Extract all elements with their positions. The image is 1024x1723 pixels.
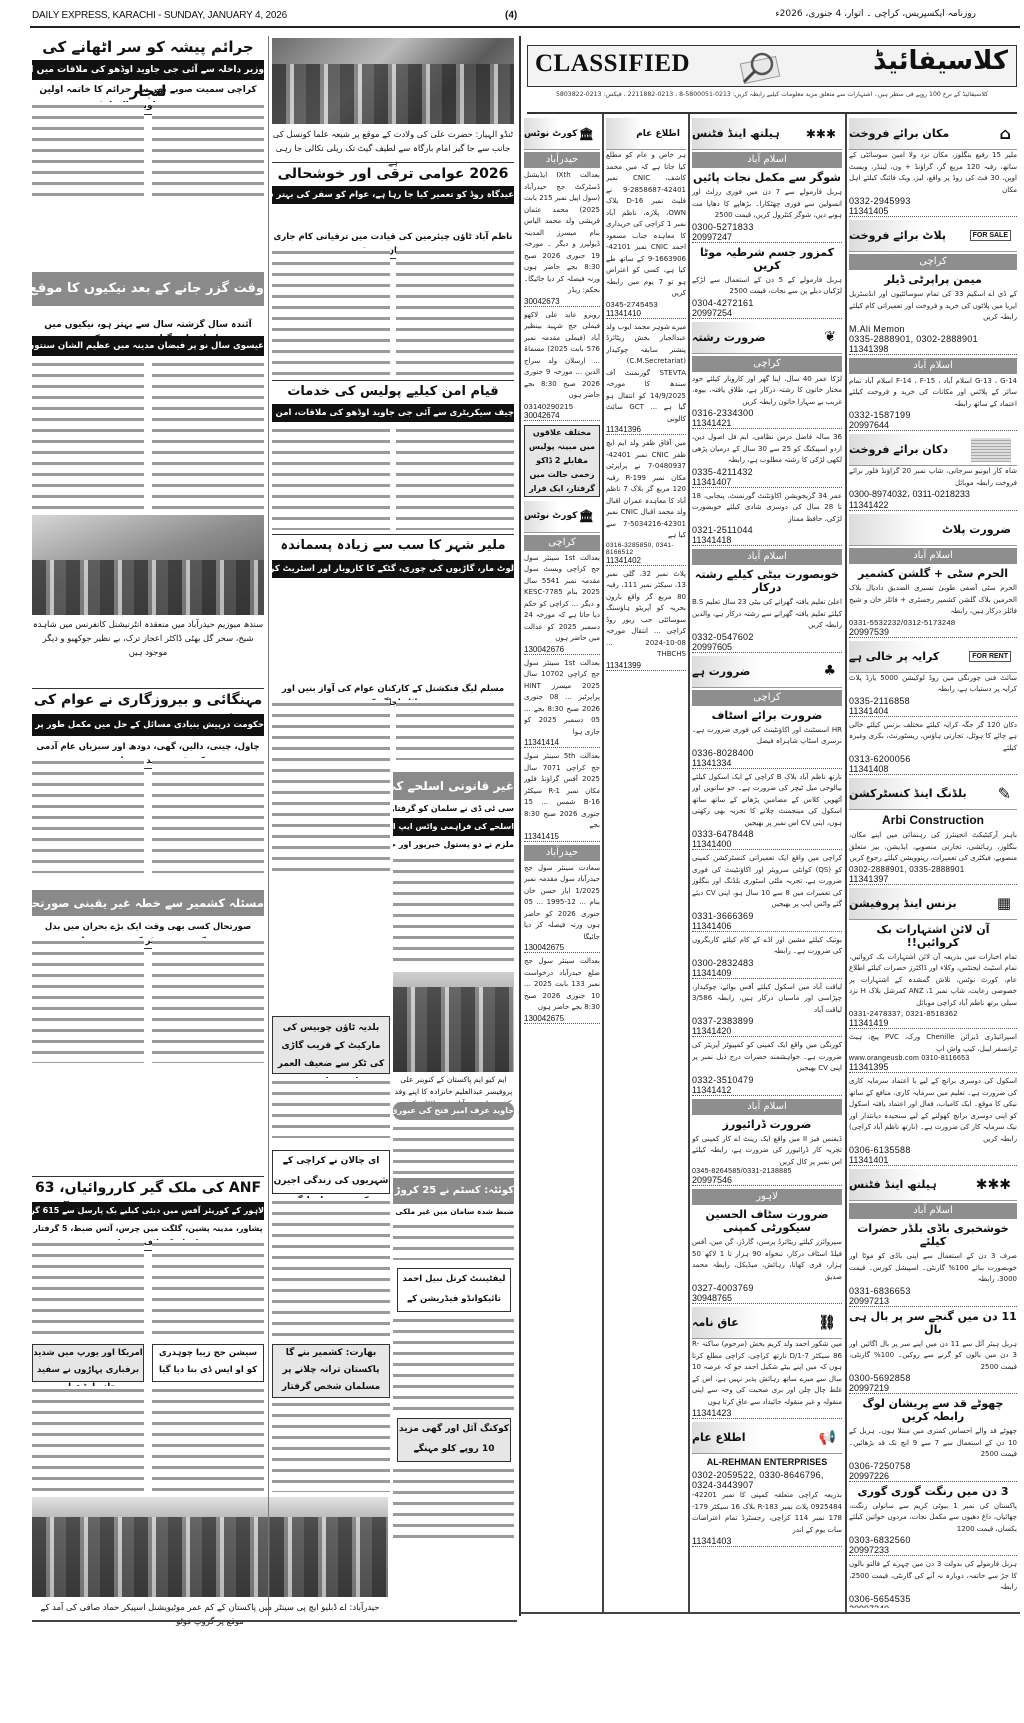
ad-code: 11341415	[524, 832, 600, 842]
ad-phone: 0345-8264585/0331-2138885	[692, 1168, 842, 1175]
section-public-notice: اطلاع عام	[606, 118, 686, 150]
masthead-right: روزنامہ ایکسپریس، کراچی ۔ اتوار، 4 جنوری…	[775, 9, 976, 19]
city-band: اسلام آباد	[849, 358, 1017, 374]
ad-phone: 0335-4211432	[692, 467, 842, 477]
ad-body: لڑکا عمر 40 سال، اپنا گھر اور کاروبار کی…	[692, 374, 842, 409]
story3-body-col2	[32, 360, 144, 510]
classified-title-ur: کلاسیفائیڈ	[873, 46, 1008, 76]
photo-rally	[272, 38, 514, 124]
court-building-icon: 🏛	[579, 509, 594, 523]
ad-code: 20997539	[849, 627, 1017, 638]
ad-phone: www.orangeusb.com 0310-8116653	[849, 1055, 1017, 1062]
ad-body: کے ڈی اے اسکیم 33 کی تمام سوسائٹیوں اور …	[849, 289, 1017, 324]
ad-code: 20997233	[849, 1545, 1017, 1556]
ad-body: ہربل ہیئر آئل سے 11 دن میں اپنے سر پر با…	[849, 1339, 1017, 1374]
ad-phone: 0331-2478337, 0321-8518362	[849, 1009, 1017, 1018]
ad-phone: 0331-5532232/0312-5173248	[849, 618, 1017, 627]
ad-body: HR اسسٹنٹ اور اکاؤنٹینٹ کی فوری ضرورت ہے…	[692, 725, 842, 748]
story2-body-col1	[396, 248, 514, 378]
court-building-icon: 🏛	[579, 127, 594, 141]
ad-title: ضرورت سٹاف الحسین سیکورٹی کمپنی	[692, 1208, 842, 1234]
ad-code: 11341395	[849, 1062, 1017, 1073]
city-band: اسلام آباد	[692, 152, 842, 168]
fitness-people-icon: ✱✱✱	[976, 1177, 1011, 1193]
fitness-people-icon: ✱✱✱	[806, 127, 836, 141]
ad-body: 36 سالہ فاضل درس نظامی، ایم فل اصول دین،…	[692, 432, 842, 467]
story4-body-col2	[272, 426, 390, 530]
ad-code: 11341404	[849, 706, 1017, 717]
subhead-customs: ضبط شدہ سامان میں غیر ملکی چھالیہ، کپڑا،…	[393, 1206, 514, 1218]
city-band: اسلام آباد	[849, 548, 1017, 564]
city-band: اسلام آباد	[849, 1203, 1017, 1219]
ad-phone: 0345-2745453	[606, 300, 686, 309]
ad-body: سعادت سینئر سول جج حیدرآباد سول مقدمہ نم…	[524, 863, 600, 944]
ad-code: 11341405	[849, 206, 1017, 217]
megaphone-icon: 📢	[819, 1430, 836, 1446]
ad-body: میرے شوہر محمد ایوب ولد عبدالجبار بخش ری…	[606, 322, 686, 426]
box2-body	[272, 1198, 390, 1338]
ad-phone: 0300-2832483	[692, 958, 842, 968]
ad-code: 20997226	[849, 1471, 1017, 1482]
ad-phone: 0302-2888901, 0335-2888901	[849, 865, 1017, 874]
ad-code: 130042675	[524, 1014, 600, 1024]
masthead-left: DAILY EXPRESS, KARACHI - SUNDAY, JANUARY…	[32, 10, 287, 21]
ad-code: 11341400	[692, 839, 842, 850]
ad-body: سپروائزر کیلئے ریٹائرڈ پرسن، گارڈز، گن م…	[692, 1237, 842, 1283]
ad-code: 30042674	[524, 411, 600, 421]
city-band: کراچی	[692, 690, 842, 706]
ad-code: 11341420	[692, 1026, 842, 1037]
story5-body-col2	[272, 700, 390, 875]
ad-body: ہربل فارمولے کے 5 دن کے استعمال سے لڑکے …	[692, 275, 842, 298]
ad-code: 11341409	[692, 968, 842, 979]
ad-code: 11341410	[606, 309, 686, 319]
section-court-notice: 🏛کورٹ نوٹس	[524, 118, 600, 150]
section-plot-sale: FOR SALEپلاٹ برائے فروخت	[849, 220, 1017, 252]
ad-phone: 0335-2888901, 0302-2888901	[849, 334, 1017, 344]
bail-body	[393, 1124, 514, 1174]
ad-body: اسکول کی دوسری برانچ کے لیے با اعتماد سر…	[849, 1076, 1017, 1145]
ad-code: 20997240	[849, 1604, 1017, 1609]
ad-phone: 03140290215	[524, 402, 600, 411]
ad-phone: 0327-4003769	[692, 1283, 842, 1293]
ad-code: 20997254	[692, 308, 842, 319]
ad-title: خوبصورت بیٹی کیلیے رشتہ درکار	[692, 568, 842, 594]
story1-body-col2	[32, 102, 144, 197]
couple-icon: ❦	[824, 329, 836, 345]
box6-body	[393, 1316, 514, 1416]
story7-body	[393, 856, 514, 966]
ad-phone: 0332-2945993	[849, 196, 1017, 206]
ad-code: 20997219	[849, 1383, 1017, 1394]
subhead-story7-b: اسلحے کی فراہمی واٹس ایپ اور فیس بک پر م…	[393, 818, 514, 836]
ad-code: 11341399	[606, 661, 686, 671]
photo-delegation	[393, 972, 514, 1072]
box-cooking-oil: کوکنگ آئل اور گھی مزید 10 روپے کلو مہنگے	[397, 1418, 511, 1462]
ad-phone: 0303-6832560	[849, 1535, 1017, 1545]
ad-body: الحرم سٹی آصفی طوبیٰ نسبری الصدیق دادیال…	[849, 583, 1017, 618]
box-police-encounter: مختلف علاقوں میں مبینہ پولیس مقابلے 2 ڈا…	[524, 425, 600, 497]
ad-body: صرف 3 دن کے استعمال سے اپنی باڈی کو موٹا…	[849, 1251, 1017, 1286]
ad-body: بعدالت 1st سینئر سول جج کراچی 10702 سال …	[524, 658, 600, 739]
ad-phone: 0300-5271833	[692, 222, 842, 232]
ad-phone: 0302-2059522, 0330-8646796, 0324-3443907	[692, 1470, 842, 1490]
ad-code: 11341418	[692, 535, 842, 546]
ad-body: سائٹ فنی چورنگی مین روڈ لوکیشن 5000 یارڈ…	[849, 673, 1017, 696]
ad-body: روبرو عابد علی لاکھو فیملی جج شہید بینظی…	[524, 310, 600, 402]
city-band: اسلام آباد	[692, 1099, 842, 1115]
ad-code: 20997546	[692, 1175, 842, 1186]
box-session-judge: سیشن جج زیبا چوہدری کو او ایس ڈی بنا دیا…	[152, 1344, 264, 1382]
subhead-story2-a: عیدگاہ روڈ کو تعمیر کیا جا رہا ہے، عوام …	[272, 186, 514, 204]
ad-code: 20997605	[692, 642, 842, 653]
ad-code: 130042676	[524, 645, 600, 655]
ad-code: 11341401	[849, 1155, 1017, 1166]
ad-code: 11341422	[849, 500, 1017, 511]
ad-title: خوشخبری باڈی بلڈر حضرات کیلئے	[849, 1222, 1017, 1248]
ad-title: 3 دن میں رنگت گوری گوری	[849, 1485, 1017, 1498]
ad-phone: 0316-2334300	[692, 408, 842, 418]
city-band: لاہور	[692, 1189, 842, 1205]
box-baldia-accident: بلدیہ ٹاؤن چوبیس کی مارکیٹ کے قریب گاڑی …	[272, 1016, 390, 1074]
ad-phone: 0333-6478448	[692, 829, 842, 839]
ad-code: 20997213	[849, 1296, 1017, 1307]
ad-body: بعدالت 5th سینئر سول جج کراچی 7071 سال 2…	[524, 751, 600, 832]
tree-icon: ♣	[823, 663, 836, 679]
calculator-icon: ▦	[997, 894, 1011, 912]
story1-body-col1	[152, 102, 264, 197]
for-rent-sign-icon: FOR RENT	[969, 651, 1011, 662]
shutter-icon	[971, 438, 1011, 462]
box1-body	[272, 1078, 390, 1138]
ad-title: ضرورت ڈرائیورز	[692, 1118, 842, 1131]
ad-phone: 0306-6135588	[849, 1145, 1017, 1155]
story3-body-col1	[152, 360, 264, 510]
box4-body	[152, 1386, 264, 1492]
ad-body: ہربل فارمولے کی بدولت 3 دن میں چہرے کے ف…	[849, 1559, 1017, 1594]
ad-code: 11341407	[692, 477, 842, 488]
blueprint-icon: ✎	[998, 784, 1011, 803]
ad-phone: 0316-3285850, 0341-8166512	[606, 542, 686, 556]
story9-body-col1	[152, 1240, 264, 1336]
city-band: اسلام آباد	[692, 549, 842, 565]
subhead-story6-a: حکومت درپیش بنیادی مسائل کے حل میں مکمل …	[32, 714, 264, 736]
band-bail-rejected: جاوید عرف امیر فتح کی عبوری ضمانت خارج	[393, 1102, 514, 1120]
ad-phone: 0332-1587199	[849, 410, 1017, 420]
ad-code: 130042675	[524, 943, 600, 953]
subhead-story4-a: چیف سیکریٹری سے آئی جی جاوید اوڈھو کی مل…	[272, 404, 514, 422]
ad-body: بعدالت 1st سینئر سول جج کراچی ویسٹ سول م…	[524, 553, 600, 645]
ad-body: میں آفاق ظفر ولد ایم ایچ ظفر CNIC نمبر 4…	[606, 438, 686, 542]
city-band: حیدرآباد	[524, 845, 600, 861]
ad-body: نارتھ ناظم آباد بلاک B کراچی کے ایک اسکو…	[692, 772, 842, 830]
ad-code: 11341402	[606, 556, 686, 566]
box7-body	[393, 1466, 514, 1546]
band-customs-seizure: کوئٹہ: کسٹم نے 25 کروڑ کا اسمگل شدہ ساما…	[393, 1178, 514, 1204]
ad-code: 30948765	[692, 1293, 842, 1304]
classified-column-middle: ✱✱✱ہیلتھ اینڈ فٹنس اسلام آباد شوگر سے مک…	[692, 118, 842, 1608]
ad-body: ڈیفنس فیز II میں واقع ایک رینٹ اے کار کم…	[692, 1134, 842, 1169]
ad-title: آن لائن اشتہارات بک کروائیں!!	[849, 923, 1017, 949]
ad-body: ملیر 15 رفیع بنگلوز، مکان نزد ولا امین س…	[849, 150, 1017, 196]
city-band: کراچی	[524, 535, 600, 551]
city-band: کراچی	[692, 356, 842, 372]
ad-body: چھوٹے قد والے احساس کمتری میں مبتلا ہوں۔…	[849, 1426, 1017, 1461]
ad-phone: 0336-8028400	[692, 748, 842, 758]
city-band: حیدرآباد	[524, 152, 600, 168]
ad-body: بذریعہ کراچی متعلقہ کمپنی کا نمبر 42201-…	[692, 1490, 842, 1536]
ad-code: 11341396	[606, 425, 686, 435]
ad-body: بوتیک کیلئے مشین اور اڈے کے کام کیلئے کا…	[692, 935, 842, 958]
ad-body: اعلیٰ تعلیم یافتہ گھرانے کی بیٹی 23 سال …	[692, 597, 842, 632]
ad-contact: M.Ali Memon	[849, 324, 1017, 334]
subhead-story3-b: عیسوی سال نو پر فیضان مدینہ میں عظیم الش…	[32, 336, 264, 356]
section-court-notice-karachi: 🏛کورٹ نوٹس	[524, 501, 600, 533]
magnifier-icon	[738, 50, 786, 84]
chain-icon: ⛓	[818, 1315, 836, 1331]
ad-phone: 0332-0547602	[692, 632, 842, 642]
photo-conference	[32, 515, 264, 615]
subhead-story9-a: لاہور کے کوریئر آفس میں دبئی کیلیے بک پا…	[32, 1202, 264, 1220]
section-business-profession: ▦بزنس اینڈ پروفیشن	[849, 888, 1017, 920]
section-plot-wanted: ضرورت پلاٹ	[849, 514, 1017, 546]
ad-code: 11341406	[692, 921, 842, 932]
ad-code: 11341398	[849, 344, 1017, 355]
subhead-story7-c: ملزم نے دو پستول خیرپور اور حیدرآباد میں…	[393, 838, 514, 851]
ad-phone: 0306-7250758	[849, 1461, 1017, 1471]
ad-phone: 0300-8974032، 0311-0218233	[849, 489, 1017, 500]
ad-title-en: Arbi Construction	[849, 813, 1017, 827]
ad-body: G-13 ، G-14 اسلام آباد ، F-14 ، F-15 اسل…	[849, 376, 1017, 411]
box-taekwondo: لیفٹیننٹ کرنل نبیل احمد تائیکوانڈو فیڈری…	[397, 1268, 511, 1312]
classified-column-left: 🏛کورٹ نوٹس حیدرآباد بعدالت IXth ایڈیشنل …	[524, 118, 600, 1608]
headline-story8: مسئلہ کشمیر سے خطہ غیر یقینی صورتحال سے …	[32, 890, 264, 916]
ad-phone: 0300-5692858	[849, 1373, 1017, 1383]
ad-body: کراچی میں واقع ایک تعمیراتی کنسٹرکشن کمپ…	[692, 853, 842, 911]
subhead-story7-a: سی ٹی ڈی نے سلمان کو گرفتار کر کے اسلحہ …	[393, 802, 514, 815]
customs-body	[393, 1222, 514, 1260]
ad-phone: 0321-2511044	[692, 525, 842, 535]
story9-body-col2	[32, 1240, 144, 1336]
caption-photo-conference: سندھ میوزیم حیدرآباد میں منعقدہ انٹرنیشن…	[32, 617, 264, 659]
ad-code: 11341408	[849, 764, 1017, 775]
ad-code: 20997644	[849, 420, 1017, 431]
classified-column-right: ⌂مکان برائے فروخت ملیر 15 رفیع بنگلوز، م…	[849, 118, 1017, 1608]
ad-body: دکان 120 گز جگہ کرایہ کیلئے مختلف بزنس ک…	[849, 720, 1017, 755]
ad-title: چھوٹے قد سے پریشان لوگ رابطہ کریں	[849, 1397, 1017, 1423]
ad-code: 11341419	[849, 1018, 1017, 1029]
ad-body: تمام اخبارات میں بذریعہ آن لائن اشتہارات…	[849, 952, 1017, 1010]
ad-body: پاکستان کی نمبر 1 بیوٹی کریم سے سانولی ر…	[849, 1501, 1017, 1536]
story6-body-col2	[32, 758, 144, 873]
subhead-story1-a: وزیر داخلہ سے آئی جی جاوید اوڈھو کی ملاق…	[32, 60, 264, 80]
ad-body: اسپرائیڈری ڈیزائن Chenille ورک، PVC پیچ،…	[849, 1032, 1017, 1055]
section-building-construction: ✎بلڈنگ اینڈ کنسٹرکشن	[849, 778, 1017, 810]
box-snowfall: امریکا اور یورپ میں شدید برفباری پہاڑوں …	[32, 1344, 144, 1382]
ad-code: 20997247	[692, 232, 842, 243]
ad-body: ہر خاص و عام کو مطلع کیا جاتا ہے کہ میں …	[606, 150, 686, 300]
ad-code: 11341397	[849, 874, 1017, 885]
headline-story3: وقت گزر جانے کے بعد نیکیوں کا موقع نہیں …	[32, 272, 264, 306]
ad-body: پلاٹ نمبر 32، گلی نمبر 13، سیکٹر نمبر 11…	[606, 569, 686, 661]
ad-code: 11341421	[692, 418, 842, 429]
ad-code: 11341412	[692, 1085, 842, 1096]
section-disinheritance: ⛓عاق نامہ	[692, 1307, 842, 1339]
story2-body-col2	[272, 248, 390, 378]
ad-body: کورنگی میں واقع ایک کمپنی کو کمپیوٹر آپر…	[692, 1040, 842, 1075]
ad-body: شاہ کار ایونیو سرجانی، شاپ نمبر 20 گراؤن…	[849, 466, 1017, 489]
ad-title: الحرم سٹی + گلشن کشمیر	[849, 567, 1017, 580]
caption-photo-group: حیدرآباد: اے ڈبلیو ایچ پی سینٹر میں پاکس…	[32, 1600, 388, 1628]
box-kashmir-anthem: بھارت: کشمیر بنے گا پاکستان ترانہ چلانے …	[272, 1344, 390, 1398]
ad-phone: 0313-6200056	[849, 754, 1017, 764]
ad-code: 11341403	[692, 1536, 842, 1547]
section-health-fitness: ✱✱✱ہیلتھ اینڈ فٹنس	[849, 1169, 1017, 1201]
ad-phone: 0331-6836653	[849, 1286, 1017, 1296]
ad-code: 11341423	[692, 1408, 842, 1419]
classified-column-inner: اطلاع عام ہر خاص و عام کو مطلع کیا جاتا …	[606, 118, 686, 1608]
ad-phone: 0306-5654535	[849, 1594, 1017, 1604]
ad-body: باہنر آرکیٹیکٹ انجینئرز کی رہنمائی میں ا…	[849, 830, 1017, 865]
ad-code: 11341414	[524, 738, 600, 748]
ad-title-en: AL-REHMAN ENTERPRISES	[692, 1457, 842, 1467]
ad-code: 11341334	[692, 758, 842, 769]
ad-phone: 0335-2116858	[849, 696, 1017, 706]
photo-group-wheelchairs	[32, 1497, 388, 1597]
story4-body-col1	[396, 426, 514, 530]
ad-phone: 0332-3510479	[692, 1075, 842, 1085]
box3-body	[32, 1386, 144, 1492]
ad-phone: 0331-3666369	[692, 911, 842, 921]
ad-title: ضرورت برائے اسٹاف	[692, 709, 842, 722]
ad-body: میں شکور احمد ولد کریم بخش (مرحوم) ساکنہ…	[692, 1339, 842, 1408]
story5-body-col1	[396, 700, 514, 760]
house-icon: ⌂	[1000, 124, 1011, 143]
story8-body-col1	[152, 938, 264, 1063]
ad-title: 11 دن میں گنجے سر پر بال ہی بال	[849, 1310, 1017, 1336]
headline-story7: غیر قانونی اسلحے کی سپلائی میں ملوث ملزم…	[393, 772, 514, 800]
ad-body: بعدالت IXth ایڈیشنل ڈسٹرکٹ جج حیدرآباد (…	[524, 170, 600, 297]
subhead-story5-a: لوٹ مار، گاڑیوں کی چوری، گٹکے کا کاروبار…	[272, 560, 514, 578]
section-for-rent: FOR RENTکرایہ پر خالی ہے	[849, 641, 1017, 673]
story6-body-col1	[152, 758, 264, 873]
ad-code: 30042673	[524, 297, 600, 307]
header-rule	[30, 26, 1020, 28]
box5-body	[272, 1400, 390, 1492]
ad-title: شوگر سے مکمل نجات پائیں	[692, 171, 842, 184]
page-number: (4)	[505, 10, 517, 21]
ad-body: عمر 34 گریجویشن اکاؤنٹنٹ گورنمنٹ، پنجابی…	[692, 491, 842, 526]
section-health-fitness-mid: ✱✱✱ہیلتھ اینڈ فٹنس	[692, 118, 842, 150]
classified-title-en: CLASSIFIED	[535, 50, 690, 78]
ad-title: کمزور جسم شرطیہ موٹا کریں	[692, 246, 842, 272]
story8-body-col2	[32, 938, 144, 1063]
section-wanted: ♣ضرورت ہے	[692, 656, 842, 688]
ad-phone: 0337-2383899	[692, 1016, 842, 1026]
for-sale-sign-icon: FOR SALE	[970, 230, 1011, 241]
section-house-sale: ⌂مکان برائے فروخت	[849, 118, 1017, 150]
section-public-notice-mid: 📢اطلاع عام	[692, 1422, 842, 1454]
section-marriage: ❦ضرورت رشتہ	[692, 322, 842, 354]
ad-body: لیاقت آباد میں اسکول کیلئے آفس بوائے، چو…	[692, 982, 842, 1017]
city-band: کراچی	[849, 254, 1017, 270]
ad-phone: 0304-4272161	[692, 298, 842, 308]
ad-body: بعدالت سینئر سول جج ضلع حیدرآباد درخواست…	[524, 956, 600, 1014]
ad-body: ہربل فارمولے سے 7 دن میں فوری رزلٹ اور ا…	[692, 187, 842, 222]
section-shop-sale: دکان برائے فروخت	[849, 434, 1017, 466]
classified-rates-note: کلاسیفائیڈ کے نرخ 100 روپے فی سطر ہیں۔ ا…	[527, 90, 1017, 100]
box-echallan: ای چالان نے کراچی کے شہریوں کی زندگی اجی…	[272, 1150, 390, 1194]
ad-title: میمن پراپرٹی ڈیلر	[849, 273, 1017, 286]
